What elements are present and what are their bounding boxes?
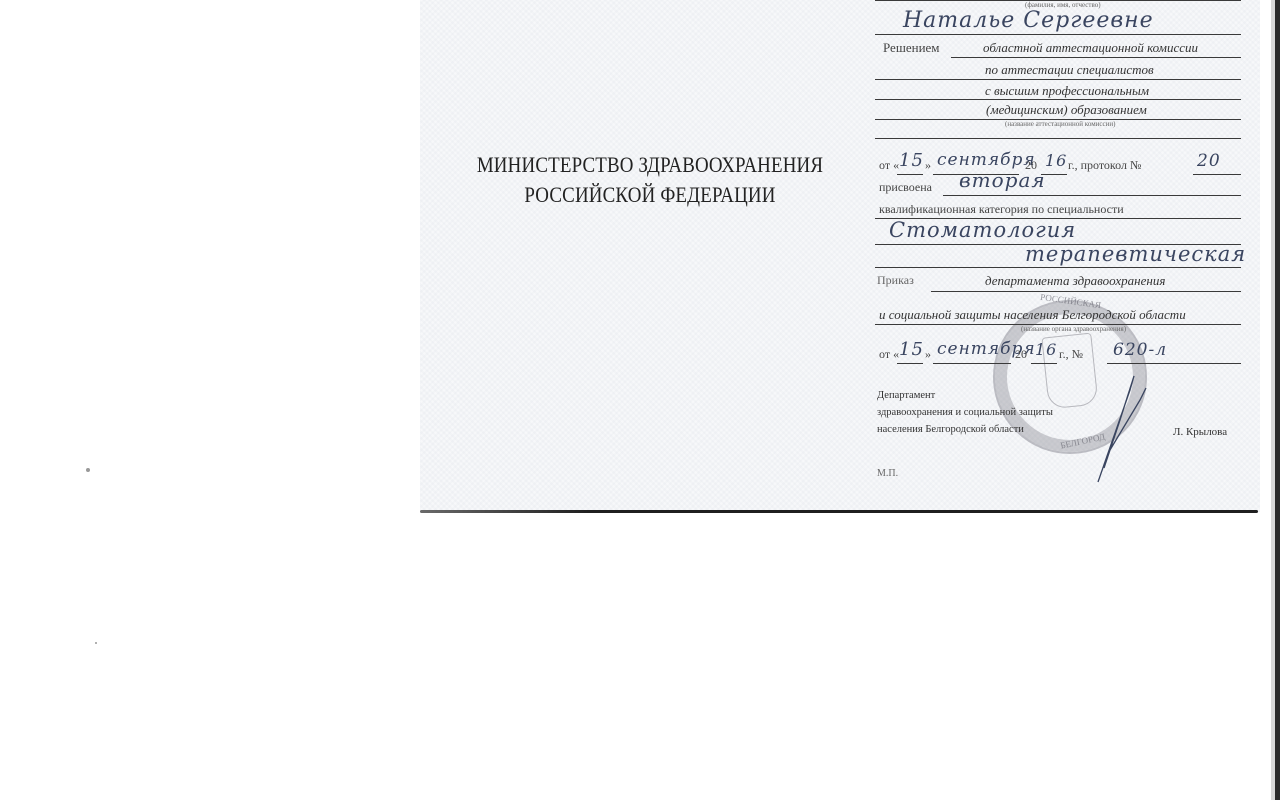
specialty-line-2: терапевтическая bbox=[1025, 242, 1246, 266]
scan-edge bbox=[1275, 0, 1280, 800]
ministry-heading-line-1: МИНИСТЕРСТВО ЗДРАВООХРАНЕНИЯ bbox=[469, 150, 830, 180]
category-value: вторая bbox=[959, 168, 1046, 192]
order-year-suffix: 16 bbox=[1035, 340, 1057, 359]
holder-name: Натальe Сергеевне bbox=[903, 8, 1154, 33]
signatory-org-line-1: Департамент bbox=[877, 390, 935, 401]
ministry-heading-line-2: РОССИЙСКОЙ ФЕДЕРАЦИИ bbox=[469, 180, 830, 210]
protocol-number: 20 bbox=[1197, 151, 1221, 171]
commission-line-1: областной аттестационной комиссии bbox=[983, 40, 1198, 56]
commission-caption: (название аттестационной комиссии) bbox=[1005, 120, 1115, 128]
handwritten-signature bbox=[1090, 370, 1150, 490]
protocol-month: сентября bbox=[937, 150, 1036, 170]
commission-line-4: (медицинским) образованием bbox=[986, 102, 1147, 118]
decision-label: Решением bbox=[883, 40, 940, 56]
seal-label: М.П. bbox=[877, 468, 898, 479]
rule bbox=[1193, 174, 1241, 175]
scan-speck bbox=[95, 642, 97, 644]
rule bbox=[875, 79, 1241, 80]
order-day: 15 bbox=[899, 339, 924, 360]
protocol-close-quote: » bbox=[925, 158, 931, 173]
protocol-day: 15 bbox=[899, 150, 924, 171]
rule bbox=[1107, 363, 1241, 364]
rule bbox=[943, 195, 1241, 196]
protocol-from-label: от « bbox=[879, 158, 899, 173]
page-bottom-edge bbox=[420, 510, 1258, 513]
rule bbox=[1031, 363, 1057, 364]
rule bbox=[933, 363, 1011, 364]
protocol-number-label: г., протокол № bbox=[1068, 158, 1141, 173]
order-label: Приказ bbox=[877, 273, 914, 288]
order-from-label: от « bbox=[879, 347, 899, 362]
order-year-prefix: 20 bbox=[1015, 347, 1027, 362]
ministry-heading: МИНИСТЕРСТВО ЗДРАВООХРАНЕНИЯ РОССИЙСКОЙ … bbox=[469, 150, 830, 210]
rule bbox=[931, 291, 1241, 292]
protocol-year-suffix: 16 bbox=[1045, 151, 1067, 170]
rule bbox=[951, 57, 1241, 58]
rule bbox=[875, 34, 1241, 35]
order-number-label: г., № bbox=[1059, 347, 1083, 362]
category-text: квалификационная категория по специально… bbox=[879, 202, 1124, 217]
scan-speck bbox=[86, 468, 90, 472]
commission-line-2: по аттестации специалистов bbox=[985, 62, 1154, 78]
order-caption: (название органа здравоохранения) bbox=[1021, 325, 1126, 333]
signatory-org-line-3: населения Белгородской области bbox=[877, 424, 1024, 435]
rule bbox=[875, 267, 1241, 268]
rule bbox=[897, 363, 923, 364]
order-number: 620-л bbox=[1113, 340, 1167, 360]
rule bbox=[897, 174, 923, 175]
specialty-line-1: Стоматология bbox=[889, 218, 1076, 242]
commission-line-3: с высшим профессиональным bbox=[985, 83, 1149, 99]
assigned-label: присвоена bbox=[879, 180, 932, 195]
signatory-org-line-2: здравоохранения и социальной защиты bbox=[877, 407, 1053, 418]
order-close-quote: » bbox=[925, 347, 931, 362]
rule bbox=[875, 99, 1241, 100]
order-line-2: и социальной защиты населения Белгородск… bbox=[879, 307, 1186, 323]
order-line-1: департамента здравоохранения bbox=[985, 273, 1165, 289]
signatory-name: Л. Крылова bbox=[1173, 426, 1227, 438]
rule bbox=[875, 138, 1241, 139]
